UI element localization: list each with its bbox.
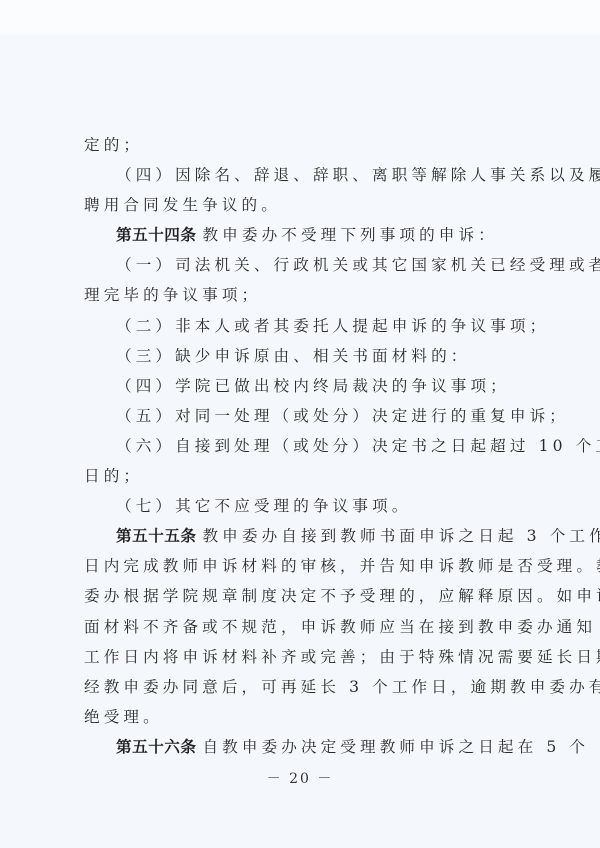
line-text: 日内完成教师申诉材料的审核，并告知申诉教师是否受理。教申 bbox=[84, 557, 600, 575]
line-text: 日的； bbox=[84, 467, 143, 485]
text-line: 工作日内将申诉材料补齐或完善；由于特殊情况需要延长日期的， bbox=[84, 642, 516, 672]
line-text: 委办根据学院规章制度决定不予受理的，应解释原因。如申诉书 bbox=[84, 587, 600, 605]
text-line: 第五十四条教申委办不受理下列事项的申诉： bbox=[84, 220, 516, 250]
line-text: 教申委办自接到教师书面申诉之日起 3 个工作 bbox=[202, 527, 600, 545]
text-line: 理完毕的争议事项； bbox=[84, 280, 516, 310]
page-number: － 20 － bbox=[0, 768, 600, 788]
text-line: （七）其它不应受理的争议事项。 bbox=[84, 491, 516, 521]
text-line: （一）司法机关、行政机关或其它国家机关已经受理或者处 bbox=[84, 250, 516, 280]
line-text: 聘用合同发生争议的。 bbox=[84, 196, 281, 214]
text-line: 日内完成教师申诉材料的审核，并告知申诉教师是否受理。教申 bbox=[84, 551, 516, 581]
article-label: 第五十六条 bbox=[116, 738, 196, 756]
line-text: （五）对同一处理（或处分）决定进行的重复申诉； bbox=[116, 407, 569, 425]
line-text: 理完毕的争议事项； bbox=[84, 286, 261, 304]
line-text: （三）缺少申诉原由、相关书面材料的： bbox=[116, 347, 471, 365]
line-text: 绝受理。 bbox=[84, 708, 163, 726]
line-text: 面材料不齐备或不规范，申诉教师应当在接到教申委办通知 3 个 bbox=[84, 618, 600, 636]
text-line: 第五十六条自教申委办决定受理教师申诉之日起在 5 个 bbox=[84, 732, 516, 762]
text-line: 绝受理。 bbox=[84, 702, 516, 732]
document-page: 定的； （四）因除名、辞退、辞职、离职等解除人事关系以及履行 聘用合同发生争议的… bbox=[0, 0, 600, 848]
text-line: 日的； bbox=[84, 461, 516, 491]
text-line: 第五十五条教申委办自接到教师书面申诉之日起 3 个工作 bbox=[84, 521, 516, 551]
text-line: （六）自接到处理（或处分）决定书之日起超过 10 个工作 bbox=[84, 431, 516, 461]
text-line: 面材料不齐备或不规范，申诉教师应当在接到教申委办通知 3 个 bbox=[84, 612, 516, 642]
line-text: （四）学院已做出校内终局裁决的争议事项； bbox=[116, 377, 510, 395]
line-text: 教申委办不受理下列事项的申诉： bbox=[202, 226, 497, 244]
line-text: 经教申委办同意后，可再延长 3 个工作日，逾期教申委办有权拒 bbox=[84, 678, 600, 696]
text-line: 委办根据学院规章制度决定不予受理的，应解释原因。如申诉书 bbox=[84, 581, 516, 611]
text-line: 定的； bbox=[84, 130, 516, 160]
text-line: （二）非本人或者其委托人提起申诉的争议事项； bbox=[84, 311, 516, 341]
text-line: （四）学院已做出校内终局裁决的争议事项； bbox=[84, 371, 516, 401]
line-text: （四）因除名、辞退、辞职、离职等解除人事关系以及履行 bbox=[116, 166, 600, 184]
text-line: （五）对同一处理（或处分）决定进行的重复申诉； bbox=[84, 401, 516, 431]
article-label: 第五十五条 bbox=[116, 527, 196, 545]
text-line: （三）缺少申诉原由、相关书面材料的： bbox=[84, 341, 516, 371]
line-text: 定的； bbox=[84, 136, 143, 154]
line-text: （六）自接到处理（或处分）决定书之日起超过 10 个工作 bbox=[116, 437, 600, 455]
document-body: 定的； （四）因除名、辞退、辞职、离职等解除人事关系以及履行 聘用合同发生争议的… bbox=[84, 130, 516, 762]
text-line: （四）因除名、辞退、辞职、离职等解除人事关系以及履行 bbox=[84, 160, 516, 190]
text-line: 经教申委办同意后，可再延长 3 个工作日，逾期教申委办有权拒 bbox=[84, 672, 516, 702]
line-text: （一）司法机关、行政机关或其它国家机关已经受理或者处 bbox=[116, 256, 600, 274]
line-text: （二）非本人或者其委托人提起申诉的争议事项； bbox=[116, 317, 549, 335]
line-text: （七）其它不应受理的争议事项。 bbox=[116, 497, 411, 515]
line-text: 工作日内将申诉材料补齐或完善；由于特殊情况需要延长日期的， bbox=[84, 648, 600, 666]
line-text: 自教申委办决定受理教师申诉之日起在 5 个 bbox=[202, 738, 589, 756]
text-line: 聘用合同发生争议的。 bbox=[84, 190, 516, 220]
article-label: 第五十四条 bbox=[116, 226, 196, 244]
